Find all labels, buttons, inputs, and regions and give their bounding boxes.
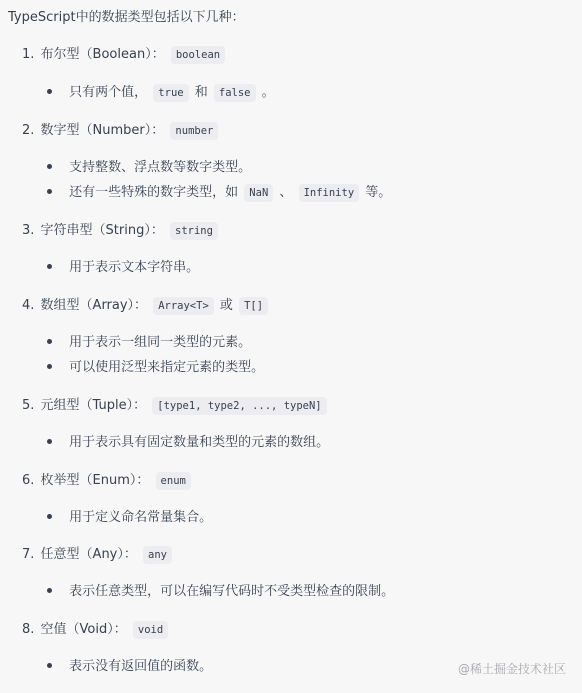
bullet-dot-icon	[47, 588, 52, 593]
inline-code: void	[133, 621, 168, 639]
inline-code: Infinity	[299, 184, 360, 202]
inline-code: Array<T>	[153, 297, 214, 315]
item-label: 字符串型（String）：	[41, 223, 164, 238]
item-number: 6.	[22, 473, 34, 488]
bullet-dot-icon	[47, 264, 52, 269]
inline-code: boolean	[171, 46, 225, 64]
bullet-item: 用于定义命名常量集合。	[47, 508, 212, 528]
item-label: 任意型（Any）：	[41, 547, 137, 562]
bullet-dot-icon	[47, 339, 52, 344]
watermark: @稀土掘金技术社区	[458, 660, 566, 677]
bullet-dot-icon	[47, 89, 52, 94]
inline-code: enum	[156, 472, 191, 490]
item-label: 布尔型（Boolean）：	[41, 47, 165, 62]
list-item-tuple: 5. 元组型（Tuple）： [type1, type2, ..., typeN…	[22, 396, 329, 416]
list-item-number: 2. 数字型（Number）： number	[22, 121, 220, 141]
bullet-item: 只有两个值， true 和 false 。	[47, 83, 275, 103]
bullet-item: 用于表示具有固定数量和类型的元素的数组。	[47, 433, 329, 453]
item-number: 5.	[22, 398, 34, 413]
item-label: 数组型（Array）：	[41, 298, 148, 313]
bullet-text: 用于表示具有固定数量和类型的元素的数组。	[69, 435, 329, 450]
bullet-text: 可以使用泛型来指定元素的类型。	[69, 360, 264, 375]
item-label: 元组型（Tuple）：	[41, 398, 147, 413]
joiner-text: 或	[220, 298, 233, 313]
bullet-item: 支持整数、浮点数等数字类型。	[47, 158, 251, 178]
bullet-text: 、	[279, 185, 292, 200]
inline-code: number	[170, 122, 218, 140]
bullet-dot-icon	[47, 164, 52, 169]
item-number: 3.	[22, 223, 34, 238]
bullet-text: 和	[195, 85, 208, 100]
bullet-item: 用于表示文本字符串。	[47, 258, 199, 278]
bullet-item: 表示没有返回值的函数。	[47, 657, 212, 677]
list-item-void: 8. 空值（Void）： void	[22, 620, 170, 640]
bullet-text: 等。	[365, 185, 391, 200]
item-number: 2.	[22, 123, 34, 138]
bullet-text: 用于定义命名常量集合。	[69, 510, 212, 525]
bullet-item: 可以使用泛型来指定元素的类型。	[47, 358, 264, 378]
bullet-dot-icon	[47, 439, 52, 444]
item-label: 数字型（Number）：	[41, 123, 165, 138]
inline-code: [type1, type2, ..., typeN]	[152, 397, 326, 415]
bullet-dot-icon	[47, 514, 52, 519]
bullet-text: 用于表示一组同一类型的元素。	[69, 335, 251, 350]
bullet-text: 。	[262, 85, 275, 100]
list-item-string: 3. 字符串型（String）： string	[22, 221, 220, 241]
list-item-array: 4. 数组型（Array）： Array<T> 或 T[]	[22, 296, 270, 316]
inline-code: any	[143, 546, 172, 564]
list-item-enum: 6. 枚举型（Enum）： enum	[22, 471, 193, 491]
bullet-item: 还有一些特殊的数字类型，如 NaN 、 Infinity 等。	[47, 183, 391, 203]
item-number: 8.	[22, 622, 34, 637]
bullet-text: 表示任意类型，可以在编写代码时不受类型检查的限制。	[69, 584, 394, 599]
inline-code: true	[153, 84, 188, 102]
inline-code: false	[214, 84, 256, 102]
item-number: 7.	[22, 547, 34, 562]
bullet-text: 支持整数、浮点数等数字类型。	[69, 160, 251, 175]
list-item-boolean: 1. 布尔型（Boolean）： boolean	[22, 45, 227, 65]
inline-code: T[]	[239, 297, 268, 315]
bullet-item: 表示任意类型，可以在编写代码时不受类型检查的限制。	[47, 582, 394, 602]
item-number: 1.	[22, 47, 34, 62]
list-item-any: 7. 任意型（Any）： any	[22, 545, 174, 565]
inline-code: string	[170, 222, 218, 240]
inline-code: NaN	[244, 184, 273, 202]
bullet-dot-icon	[47, 663, 52, 668]
bullet-dot-icon	[47, 364, 52, 369]
item-label: 空值（Void）：	[41, 622, 127, 637]
bullet-text: 只有两个值，	[69, 85, 147, 100]
bullet-item: 用于表示一组同一类型的元素。	[47, 333, 251, 353]
item-number: 4.	[22, 298, 34, 313]
item-label: 枚举型（Enum）：	[41, 473, 150, 488]
bullet-dot-icon	[47, 189, 52, 194]
bullet-text: 用于表示文本字符串。	[69, 260, 199, 275]
intro-text: TypeScript中的数据类型包括以下几种：	[8, 8, 245, 28]
bullet-text: 还有一些特殊的数字类型，如	[69, 185, 238, 200]
bullet-text: 表示没有返回值的函数。	[69, 659, 212, 674]
